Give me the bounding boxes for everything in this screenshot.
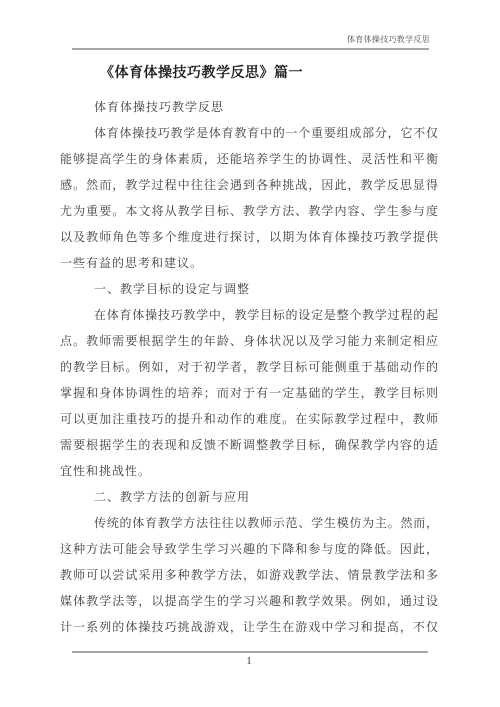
text-line: 尤为重要。本文将从教学目标、教学方法、教学内容、学生参与度: [60, 198, 438, 224]
text-line: 感。然而，教学过程中往往会遇到各种挑战，因此，教学反思显得: [60, 172, 438, 198]
text-line: 这种方法可能会导致学生学习兴趣的下降和参与度的降低。因此，: [60, 536, 438, 562]
text-line: 能够提高学生的身体素质，还能培养学生的协调性、灵活性和平衡: [60, 146, 438, 172]
text-line: 可以更加注重技巧的提升和动作的难度。在实际教学过程中，教师: [60, 406, 438, 432]
text-line: 传统的体育教学方法往往以教师示范、学生模仿为主。然而，: [60, 510, 438, 536]
text-line: 一些有益的思考和建议。: [60, 250, 438, 276]
text-line: 在体育体操技巧教学中，教学目标的设定是整个教学过程的起: [60, 302, 438, 328]
text-line: 的教学目标。例如，对于初学者，教学目标可能侧重于基础动作的: [60, 354, 438, 380]
text-line: 体育体操技巧教学是体育教育中的一个重要组成部分，它不仅: [60, 120, 438, 146]
section-heading: 一、教学目标的设定与调整: [60, 276, 438, 302]
footer-divider: [72, 651, 428, 653]
text-line: 体育体操技巧教学反思: [60, 94, 438, 120]
document-page: 体育体操技巧教学反思 《体育体操技巧教学反思》篇一 体育体操技巧教学反思 体育体…: [0, 0, 500, 707]
text-line: 以及教师角色等多个维度进行探讨，以期为体育体操技巧教学提供: [60, 224, 438, 250]
section-heading: 二、教学方法的创新与应用: [60, 484, 438, 510]
text-line: 媒体教学法等，以提高学生的学习兴趣和教学效果。例如，通过设: [60, 588, 438, 614]
text-line: 宜性和挑战性。: [60, 458, 438, 484]
running-header-text: 体育体操技巧教学反思: [347, 35, 430, 44]
document-body: 体育体操技巧教学反思 体育体操技巧教学是体育教育中的一个重要组成部分，它不仅 能…: [60, 94, 438, 640]
text-line: 掌握和身体协调性的培养；而对于有一定基础的学生，教学目标则: [60, 380, 438, 406]
document-title: 《体育体操技巧教学反思》篇一: [100, 62, 303, 82]
header-divider: [72, 48, 429, 50]
text-line: 教师可以尝试采用多种教学方法，如游戏教学法、情景教学法和多: [60, 562, 438, 588]
page-number: 1: [60, 655, 438, 667]
text-line: 计一系列的体操技巧挑战游戏，让学生在游戏中学习和提高，不仅: [60, 614, 438, 640]
text-line: 需要根据学生的表现和反馈不断调整教学目标，确保教学内容的适: [60, 432, 438, 458]
running-header: 体育体操技巧教学反思: [347, 34, 430, 45]
text-line: 点。教师需要根据学生的年龄、身体状况以及学习能力来制定相应: [60, 328, 438, 354]
